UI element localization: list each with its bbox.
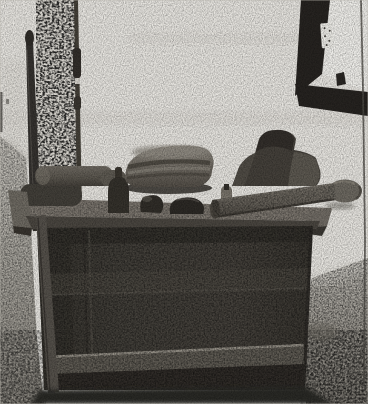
artefact-photo xyxy=(0,0,368,404)
film-grain-overlay xyxy=(0,0,368,404)
photo-canvas xyxy=(0,0,368,404)
